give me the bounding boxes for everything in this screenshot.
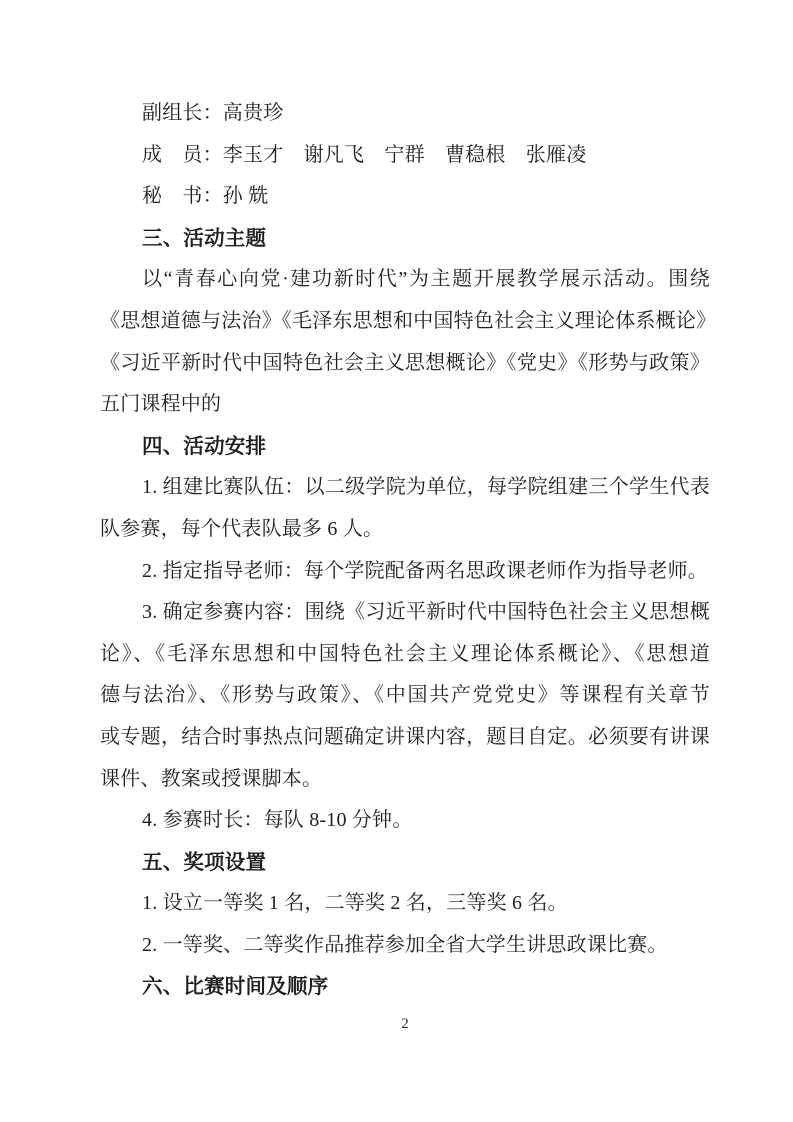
item-3-content-line-5: 课件、教案或授课脚本。 [100, 759, 710, 801]
item-3-content-line-3: 德与法治》、《形势与政策》、《中国共产党党史》等课程有关章节 [100, 675, 710, 717]
item-1-team-formation-line-2: 队参赛，每个代表队最多 6 人。 [100, 509, 710, 551]
item-1-team-formation-line-1: 1. 组建比赛队伍：以二级学院为单位，每学院组建三个学生代表 [100, 467, 710, 509]
heading-section-6-competition-time-order: 六、比赛时间及顺序 [100, 966, 710, 1008]
para-activity-theme-line-4: 五门课程中的 [100, 384, 710, 426]
page-content: 副组长：高贵珍 成 员：李玉才 谢凡飞 宁群 曹稳根 张雁凌 秘 书：孙 兟 三… [100, 93, 710, 1034]
item-3-content-line-1: 3. 确定参赛内容：围绕《习近平新时代中国特色社会主义思想概 [100, 592, 710, 634]
line-members: 成 员：李玉才 谢凡飞 宁群 曹稳根 张雁凌 [100, 135, 710, 177]
line-secretary: 秘 书：孙 兟 [100, 176, 710, 218]
document-page: 副组长：高贵珍 成 员：李玉才 谢凡飞 宁群 曹稳根 张雁凌 秘 书：孙 兟 三… [0, 0, 793, 1122]
para-activity-theme-line-3: 《习近平新时代中国特色社会主义思想概论》《党史》《形势与政策》 [100, 343, 710, 385]
item-1-award-setup: 1. 设立一等奖 1 名，二等奖 2 名，三等奖 6 名。 [100, 883, 710, 925]
item-4-duration: 4. 参赛时长：每队 8-10 分钟。 [100, 800, 710, 842]
para-activity-theme-line-1: 以“青春心向党·建功新时代”为主题开展教学展示活动。围绕 [100, 259, 710, 301]
item-3-content-line-4: 或专题，结合时事热点问题确定讲课内容，题目自定。必须要有讲课 [100, 717, 710, 759]
para-activity-theme-line-2: 《思想道德与法治》《毛泽东思想和中国特色社会主义理论体系概论》 [100, 301, 710, 343]
item-3-content-line-2: 论》、《毛泽东思想和中国特色社会主义理论体系概论》、《思想道 [100, 634, 710, 676]
heading-section-4-activity-arrangement: 四、活动安排 [100, 426, 710, 468]
heading-section-5-awards: 五、奖项设置 [100, 842, 710, 884]
item-2-award-recommendation: 2. 一等奖、二等奖作品推荐参加全省大学生讲思政课比赛。 [100, 925, 710, 967]
heading-section-3-activity-theme: 三、活动主题 [100, 218, 710, 260]
item-2-instructors: 2. 指定指导老师：每个学院配备两名思政课老师作为指导老师。 [100, 551, 710, 593]
page-number: 2 [100, 1014, 710, 1034]
line-deputy-group-leader: 副组长：高贵珍 [100, 93, 710, 135]
